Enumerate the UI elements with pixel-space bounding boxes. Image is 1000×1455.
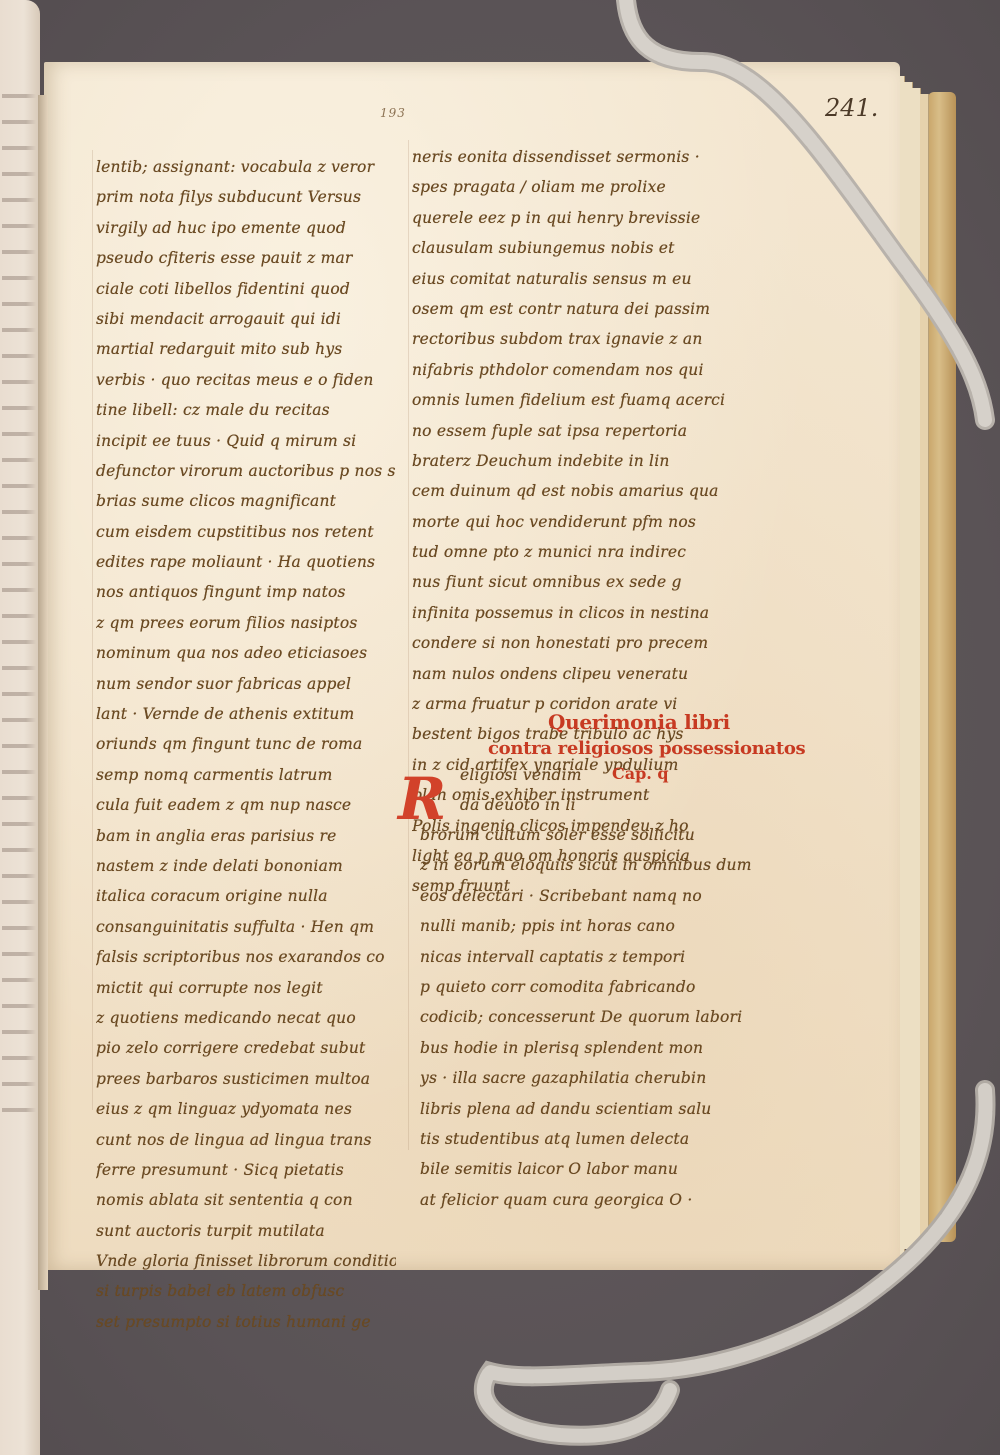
bookmark-cord — [0, 0, 1000, 1455]
